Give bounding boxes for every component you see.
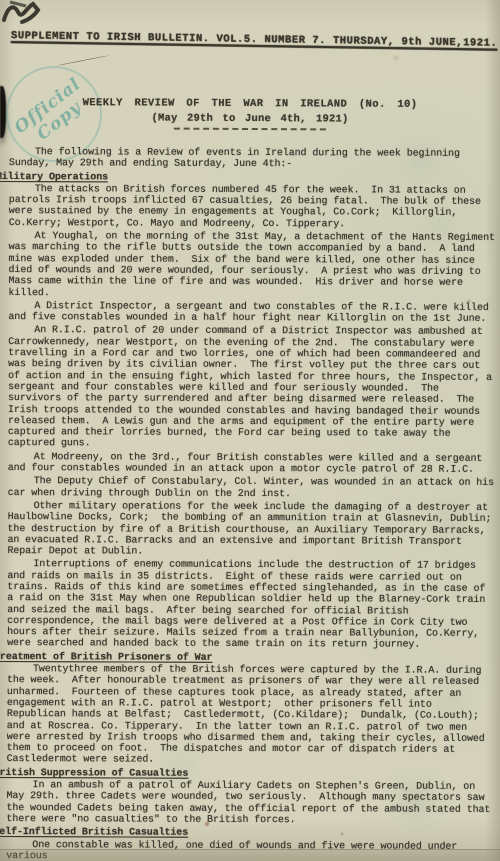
paragraph-stephens-green-ambush: In an ambush of a patrol of Auxiliary Ca…	[6, 780, 495, 827]
section-heading-self-inflicted-casualties: Self-Inflicted British Casualties	[0, 827, 495, 840]
paragraph-youghal-ambush: At Youghal, on the morning of the 31st M…	[8, 231, 497, 301]
page-title: WEEKLY REVIEW OF THE WAR IN IRELAND (No.…	[0, 97, 500, 112]
paragraph-communications-interruptions: Interruptions of enemy communications in…	[7, 559, 496, 651]
title-underline-rule	[174, 128, 326, 131]
masthead-line: SUPPLEMENT TO IRISH BULLETIN. VOL.5. NUM…	[11, 30, 473, 49]
document-page: Official Copy SUPPLEMENT TO IRISH BULLET…	[0, 0, 500, 861]
pencil-scribble	[0, 0, 80, 34]
pencil-check-mark	[57, 55, 108, 66]
section-heading-suppression-of-casualties: British Suppression of Casualties	[0, 768, 496, 781]
section-heading-military-operations: Military Operations	[0, 172, 498, 185]
paragraph-carrowkennedy-ambush: An R.I.C. patrol of 20 under command of …	[8, 325, 497, 451]
page-bottom-edge	[0, 849, 500, 861]
paragraph-deputy-chief-wounded: The Deputy Chief of Constabulary, Col. W…	[8, 476, 497, 500]
paragraph-prisoners-captured: Twentythree members of the British force…	[7, 664, 496, 768]
section-heading-prisoners-of-war: Treatment of British Prisoners of War	[0, 652, 496, 665]
page-subtitle: (May 29th to June 4th, 1921)	[0, 112, 500, 127]
paragraph-killorglin-fight: A District Inspector, a sergeant and two…	[8, 301, 497, 325]
paragraph-other-operations: Other military operations for the week i…	[7, 501, 496, 559]
paragraph-modreeny-attack: At Modreeny, on the 3rd., four British c…	[8, 452, 497, 476]
intro-paragraph: The following is a Review of events in I…	[9, 147, 498, 171]
title-block: WEEKLY REVIEW OF THE WAR IN IRELAND (No.…	[0, 97, 500, 132]
document-body: The following is a Review of events in I…	[0, 147, 498, 861]
paragraph-attacks-summary: The attacks on British forces numbered 4…	[9, 184, 498, 231]
